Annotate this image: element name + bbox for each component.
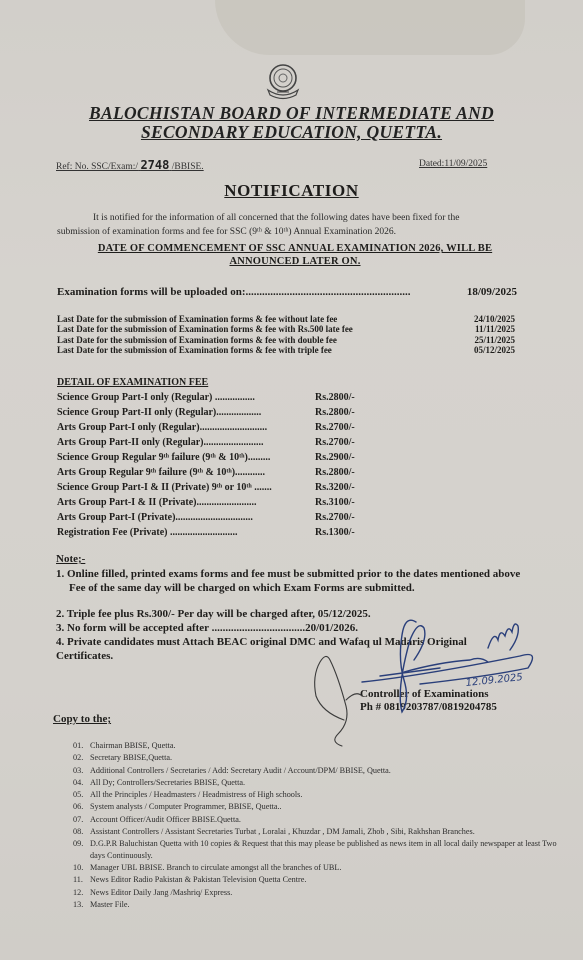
fee-row: Science Group Part-I & II (Private) 9ᵗʰ … [57,480,367,495]
fee-amount: Rs.3200/- [315,480,355,495]
last-date-row: Last Date for the submission of Examinat… [57,314,515,324]
copy-item-number: 02. [73,752,90,764]
fee-amount: Rs.2800/- [315,465,355,480]
copy-item: 03.Additional Controllers / Secretaries … [73,765,563,777]
last-date-label: Last Date for the submission of Examinat… [57,345,332,355]
fee-row: Science Group Regular 9ᵗʰ failure (9ᵗʰ &… [57,450,367,465]
copy-item: 04.All Dy; Controllers/Secretaries BBISE… [73,777,563,789]
copy-item: 01.Chairman BBISE, Quetta. [73,740,563,752]
fee-amount: Rs.2700/- [315,435,355,450]
ref-prefix: Ref: No. SSC/Exam:/ [56,162,138,172]
fee-row: Registration Fee (Private) .............… [57,525,367,540]
fee-amount: Rs.3100/- [315,495,355,510]
fee-label: Arts Group Part-I (Private).............… [57,512,253,523]
photo-shadow [215,0,525,55]
copy-item-number: 07. [73,814,90,826]
notification-heading: NOTIFICATION [0,181,583,201]
last-date-label: Last Date for the submission of Examinat… [57,335,337,345]
copy-to-list: 01.Chairman BBISE, Quetta. 02.Secretary … [73,740,563,911]
upload-date-row: Examination forms will be uploaded on:..… [57,286,517,298]
intro-line1: It is notified for the information of al… [93,213,459,223]
copy-item: 10.Manager UBL BBISE. Branch to circulat… [73,862,563,874]
copy-item: 12.News Editor Daily Jang /Mashriq/ Expr… [73,887,563,899]
fee-row: Science Group Part-II only (Regular)....… [57,405,367,420]
copy-item-text: All Dy; Controllers/Secretaries BBISE, Q… [90,777,245,789]
note-4-line2: Certificates. [56,649,546,663]
copy-item-number: 10. [73,862,90,874]
copy-to-heading: Copy to the; [53,713,111,725]
note-1-line1: 1. Online filled, printed exams forms an… [56,567,546,581]
ref-suffix: /BBISE. [172,162,204,172]
note-3: 3. No form will be accepted after ......… [56,621,546,635]
date-issued: Dated:11/09/2025 [419,159,487,169]
copy-item-text: News Editor Radio Pakistan & Pakistan Te… [90,874,306,886]
svg-text:12.09.2025: 12.09.2025 [465,672,523,689]
copy-item-number: 03. [73,765,90,777]
fee-amount: Rs.1300/- [315,525,355,540]
last-date-label: Last Date for the submission of Examinat… [57,324,353,334]
fee-row: Arts Group Part-I & II (Private)........… [57,495,367,510]
note-1-line2: Fee of the same day will be charged on w… [56,581,546,595]
announce-line2: ANNOUNCED LATER ON. [60,255,530,268]
last-date-value: 25/11/2025 [474,335,515,345]
note-1: 1. Online filled, printed exams forms an… [56,567,546,595]
copy-item-number: 12. [73,887,90,899]
note-2: 2. Triple fee plus Rs.300/- Per day will… [56,607,546,621]
fee-row: Arts Group Part-I only (Regular)........… [57,420,367,435]
reference-number: Ref: No. SSC/Exam:/ 2748 /BBISE. [56,158,204,172]
commencement-announcement: DATE OF COMMENCEMENT OF SSC ANNUAL EXAMI… [60,242,530,268]
fee-row: Science Group Part-I only (Regular) ....… [57,390,367,405]
upload-date: 18/09/2025 [467,286,517,298]
upload-label: Examination forms will be uploaded on:..… [57,286,411,298]
copy-item-number: 13. [73,899,90,911]
copy-item-text: Account Officer/Audit Officer BBISE.Quet… [90,814,241,826]
controller-designation: Controller of Examinations [360,688,497,701]
fee-label: Science Group Part-I & II (Private) 9ᵗʰ … [57,482,272,493]
copy-item: 09.D.G.P.R Baluchistan Quetta with 10 co… [73,838,563,861]
copy-item-number: 05. [73,789,90,801]
fee-label: Science Group Part-II only (Regular)....… [57,407,261,418]
fee-label: Arts Group Part-I & II (Private)........… [57,497,257,508]
fee-row: Arts Group Part-II only (Regular).......… [57,435,367,450]
last-date-row: Last Date for the submission of Examinat… [57,345,515,355]
copy-item-number: 09. [73,838,90,861]
copy-item-text: Assistant Controllers / Assistant Secret… [90,826,475,838]
copy-item-text: Manager UBL BBISE. Branch to circulate a… [90,862,341,874]
last-date-value: 11/11/2025 [475,324,515,334]
copy-item-text: D.G.P.R Baluchistan Quetta with 10 copie… [90,838,563,861]
fee-row: Arts Group Regular 9ᵗʰ failure (9ᵗʰ & 10… [57,465,367,480]
copy-item: 06.System analysts / Computer Programmer… [73,801,563,813]
copy-item-text: All the Principles / Headmasters / Headm… [90,789,302,801]
copy-item-text: Secretary BBISE,Quetta. [90,752,172,764]
board-title-line2: SECONDARY EDUCATION, QUETTA. [0,122,583,143]
ref-number-handwritten: 2748 [140,158,169,172]
copy-item-text: Additional Controllers / Secretaries / A… [90,765,391,777]
board-title-line1: BALOCHISTAN BOARD OF INTERMEDIATE AND [0,103,583,124]
intro-paragraph: It is notified for the information of al… [57,211,532,239]
fee-label: Arts Group Part-II only (Regular).......… [57,437,263,448]
copy-item: 13.Master File. [73,899,563,911]
copy-item-number: 11. [73,874,90,886]
fee-label: Science Group Regular 9ᵗʰ failure (9ᵗʰ &… [57,452,270,463]
fee-label: Arts Group Part-I only (Regular)........… [57,422,267,433]
note-4-line1: 4. Private candidates must Attach BEAC o… [56,635,546,649]
copy-item-text: System analysts / Computer Programmer, B… [90,801,282,813]
copy-item-number: 01. [73,740,90,752]
note-heading: Note;- [56,553,85,565]
last-date-row: Last Date for the submission of Examinat… [57,335,515,345]
controller-phone: Ph # 0819203787/0819204785 [360,701,497,714]
fee-row: Arts Group Part-I (Private).............… [57,510,367,525]
copy-item: 11.News Editor Radio Pakistan & Pakistan… [73,874,563,886]
fee-amount: Rs.2800/- [315,390,355,405]
bbise-emblem-icon [265,62,301,102]
fee-amount: Rs.2800/- [315,405,355,420]
fee-amount: Rs.2900/- [315,450,355,465]
copy-item: 02.Secretary BBISE,Quetta. [73,752,563,764]
notes-2-4: 2. Triple fee plus Rs.300/- Per day will… [56,607,546,663]
fee-detail-heading: DETAIL OF EXAMINATION FEE [57,377,208,388]
copy-item-text: Master File. [90,899,130,911]
fee-amount: Rs.2700/- [315,420,355,435]
announce-line1: DATE OF COMMENCEMENT OF SSC ANNUAL EXAMI… [60,242,530,255]
copy-item-number: 06. [73,801,90,813]
copy-item: 07.Account Officer/Audit Officer BBISE.Q… [73,814,563,826]
fee-list: Science Group Part-I only (Regular) ....… [57,390,367,540]
fee-amount: Rs.2700/- [315,510,355,525]
copy-item-text: News Editor Daily Jang /Mashriq/ Express… [90,887,232,899]
copy-item-text: Chairman BBISE, Quetta. [90,740,176,752]
last-date-value: 05/12/2025 [474,345,515,355]
fee-label: Science Group Part-I only (Regular) ....… [57,392,255,403]
last-date-row: Last Date for the submission of Examinat… [57,324,515,334]
last-dates-list: Last Date for the submission of Examinat… [57,314,515,355]
copy-item: 05.All the Principles / Headmasters / He… [73,789,563,801]
copy-item: 08.Assistant Controllers / Assistant Sec… [73,826,563,838]
last-date-label: Last Date for the submission of Examinat… [57,314,337,324]
fee-label: Arts Group Regular 9ᵗʰ failure (9ᵗʰ & 10… [57,467,265,478]
copy-item-number: 08. [73,826,90,838]
fee-label: Registration Fee (Private) .............… [57,527,238,538]
controller-block: Controller of Examinations Ph # 08192037… [360,688,497,714]
intro-line2: submission of examination forms and fee … [57,227,396,237]
copy-item-number: 04. [73,777,90,789]
last-date-value: 24/10/2025 [474,314,515,324]
